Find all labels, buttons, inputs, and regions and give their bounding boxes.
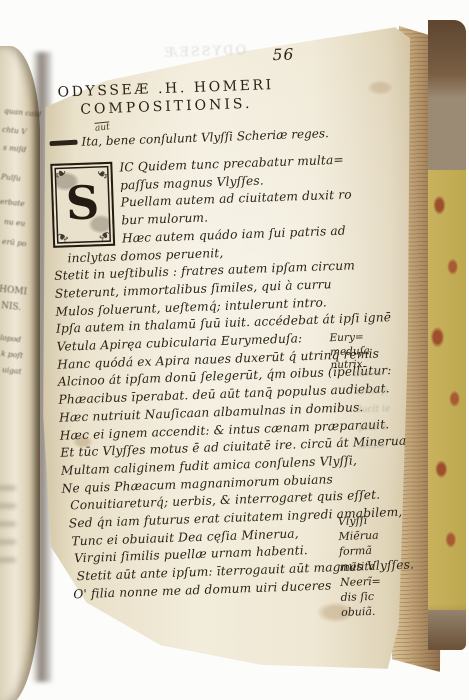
left-page-blurred-line: [0, 522, 16, 526]
margin-note-line: Vlyſſi: [338, 513, 379, 530]
vine-ornament-icon: ❧: [53, 226, 73, 248]
left-page-blurred-line: [0, 504, 16, 508]
vine-ornament-icon: ❧: [94, 224, 114, 246]
left-page-text-fragment: Pulſu: [1, 172, 22, 183]
drop-cap-initial: ❧ ❧ ❧ ❧ S: [50, 162, 115, 248]
margin-note-line: formã: [339, 543, 380, 560]
margin-note-line: Eury=: [329, 331, 369, 346]
left-page-text-fragment: erū po: [2, 237, 27, 249]
margin-note-eurymedusa: Eury= meduſa nutrix.: [329, 331, 370, 373]
show-through-fragment: uciula.: [357, 440, 388, 451]
show-through-fragment: ptus a: [359, 422, 387, 433]
margin-note-line: Neerĩ=: [340, 573, 381, 590]
left-page-text-fragment: s miſd: [3, 143, 27, 154]
intro-line-text: Ita, bene conſulunt Vlyſſi Scheriæ reges…: [81, 126, 329, 149]
left-page-text-fragment: nu eu: [4, 217, 26, 228]
show-through-title: ODYSSEÆ: [162, 43, 246, 61]
cover-dark-corner: [428, 20, 466, 98]
left-page-text-fragment: chtu V: [2, 125, 27, 137]
left-page-text-fragment: erbate: [0, 197, 25, 209]
drop-cap-letter: S: [65, 175, 100, 230]
intro-line: autIta, bene conſulunt Vlyſſi Scheriæ re…: [49, 126, 329, 150]
left-page-blurred-line: [0, 558, 16, 562]
inked-out-word: [49, 140, 77, 146]
margin-note-minerva: Vlyſſi Miẽrua formã mẽtita Neerĩ= dis ſi…: [338, 513, 382, 621]
left-page-blurred-line: [0, 540, 16, 544]
left-page-blurred-line: [0, 486, 16, 490]
show-through-fragment: des Al: [354, 368, 382, 379]
left-page-text-fragment: k poſt: [1, 349, 24, 360]
margin-note-line: obuiã.: [341, 604, 382, 621]
page-heading: ODYSSEÆ .H. HOMERI COMPOSITIONIS.: [49, 76, 282, 120]
left-page-text-fragment: lopod: [0, 333, 21, 344]
show-through-fragment: cinoi p: [356, 386, 387, 397]
margin-note-line: dis ſic: [340, 589, 381, 606]
poem-block: ❧ ❧ ❧ ❧ S IC Quidem tunc precabatur mult…: [50, 151, 383, 604]
margin-note-line: Miẽrua: [338, 528, 379, 545]
left-page-text-fragment: HOMI: [0, 285, 27, 298]
page-number: 56: [272, 45, 294, 64]
handwritten-annotation: aut: [95, 122, 111, 133]
margin-note-line: meduſa: [330, 344, 370, 359]
left-page-text-fragment: NIS.: [1, 301, 22, 313]
left-page-text-fragment: uigat: [2, 365, 22, 376]
printed-text-area: ODYSSEÆ 56 ODYSSEÆ .H. HOMERI COMPOSITIO…: [46, 37, 439, 670]
show-through-fragment: ducit ie: [356, 404, 391, 415]
margin-note-line: mẽtita: [339, 558, 380, 575]
book-photo: quan cald chtu V s miſd Pulſu erbate nu …: [0, 0, 469, 700]
